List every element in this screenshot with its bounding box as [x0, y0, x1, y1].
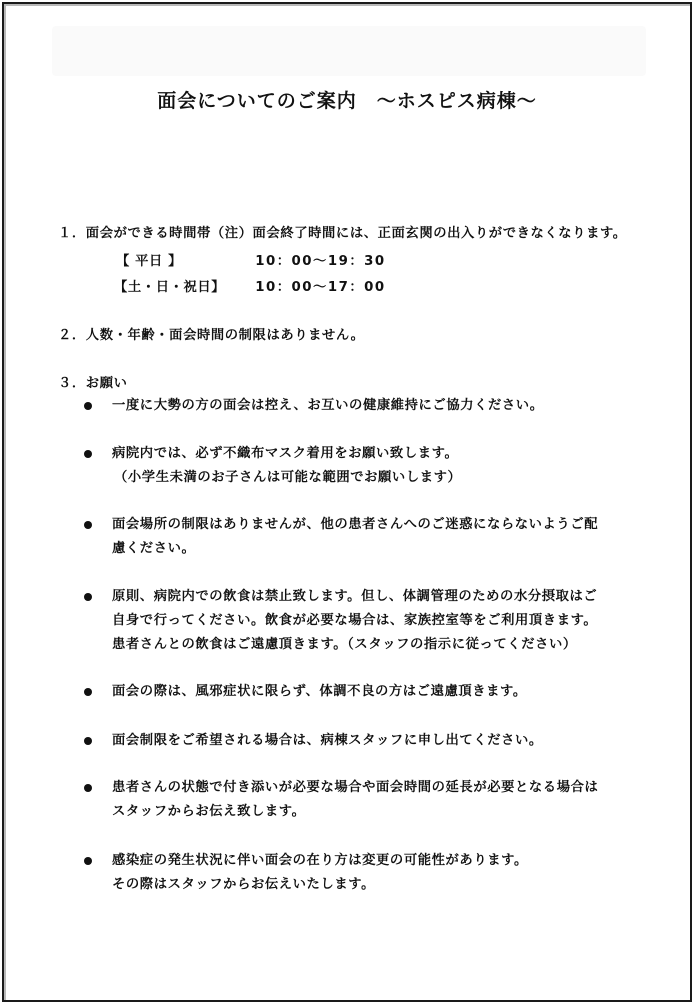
list-item-line: その際はスタッフからお伝えいたします。 — [112, 873, 652, 897]
list-item-line: 面会制限をご希望される場合は、病棟スタッフに申し出てください。 — [112, 729, 652, 753]
list-item-text: 患者さんの状態で付き添いが必要な場合や面会時間の延長が必要となる場合は スタッフ… — [112, 776, 652, 824]
list-item-line: 一度に大勢の方の面会は控え、お互いの健康維持にご協力ください。 — [112, 394, 652, 418]
bullet-icon — [84, 737, 92, 745]
list-item-line: （小学生未満のお子さんは可能な範囲でお願いします） — [114, 466, 652, 490]
list-item-line: 感染症の発生状況に伴い面会の在り方は変更の可能性があります。 — [112, 849, 652, 873]
list-item-text: 一度に大勢の方の面会は控え、お互いの健康維持にご協力ください。 — [112, 394, 652, 418]
faded-header-band — [52, 26, 646, 76]
list-item-line: 病院内では、必ず不織布マスク着用をお願い致します。 — [112, 442, 652, 466]
bullet-icon — [84, 521, 92, 529]
list-item-text: 面会場所の制限はありませんが、他の患者さんへのご迷惑にならないようご配 慮くださ… — [112, 513, 652, 561]
list-item-line: 患者さんとの飲食はご遠慮頂きます。（スタッフの指示に従ってください） — [112, 633, 652, 657]
list-item-text: 感染症の発生状況に伴い面会の在り方は変更の可能性があります。 その際はスタッフか… — [112, 849, 652, 897]
list-item-line: 患者さんの状態で付き添いが必要な場合や面会時間の延長が必要となる場合は — [112, 776, 652, 800]
hours-value: 10：00～17：00 — [255, 276, 385, 295]
bullet-icon — [84, 593, 92, 601]
list-item-line: 面会の際は、風邪症状に限らず、体調不良の方はご遠慮頂きます。 — [112, 680, 652, 704]
list-item-line: 慮ください。 — [112, 537, 652, 561]
list-item-line: 原則、病院内での飲食は禁止致します。但し、体調管理のための水分摂取はご — [112, 585, 652, 609]
section-2-heading: ２．人数・年齢・面会時間の制限はありません。 — [58, 324, 365, 343]
bullet-icon — [84, 857, 92, 865]
page-title: 面会についてのご案内 ～ホスピス病棟～ — [0, 86, 694, 113]
section-3-heading: ３．お願い — [58, 372, 127, 391]
bullet-icon — [84, 450, 92, 458]
hours-value: 10：00～19：30 — [255, 250, 385, 269]
hours-label: 【土・日・祝日】 — [114, 276, 250, 295]
list-item-line: 面会場所の制限はありませんが、他の患者さんへのご迷惑にならないようご配 — [112, 513, 652, 537]
hours-label: 【 平日 】 — [116, 250, 250, 269]
bullet-icon — [84, 784, 92, 792]
list-item-text: 面会制限をご希望される場合は、病棟スタッフに申し出てください。 — [112, 729, 652, 753]
list-item-text: 面会の際は、風邪症状に限らず、体調不良の方はご遠慮頂きます。 — [112, 680, 652, 704]
list-item-text: 病院内では、必ず不織布マスク着用をお願い致します。 （小学生未満のお子さんは可能… — [112, 442, 652, 490]
section-1-heading: １．面会ができる時間帯（注）面会終了時間には、正面玄関の出入りができなくなります… — [58, 222, 627, 241]
hours-row-weekend-holiday: 【土・日・祝日】 10：00～17：00 — [116, 276, 386, 295]
list-item-line: スタッフからお伝え致します。 — [112, 800, 652, 824]
hours-row-weekday: 【 平日 】 10：00～19：30 — [116, 250, 386, 269]
bullet-icon — [84, 402, 92, 410]
list-item-line: 自身で行ってください。飲食が必要な場合は、家族控室等をご利用頂きます。 — [112, 609, 652, 633]
bullet-icon — [84, 688, 92, 696]
list-item-text: 原則、病院内での飲食は禁止致します。但し、体調管理のための水分摂取はご 自身で行… — [112, 585, 652, 657]
